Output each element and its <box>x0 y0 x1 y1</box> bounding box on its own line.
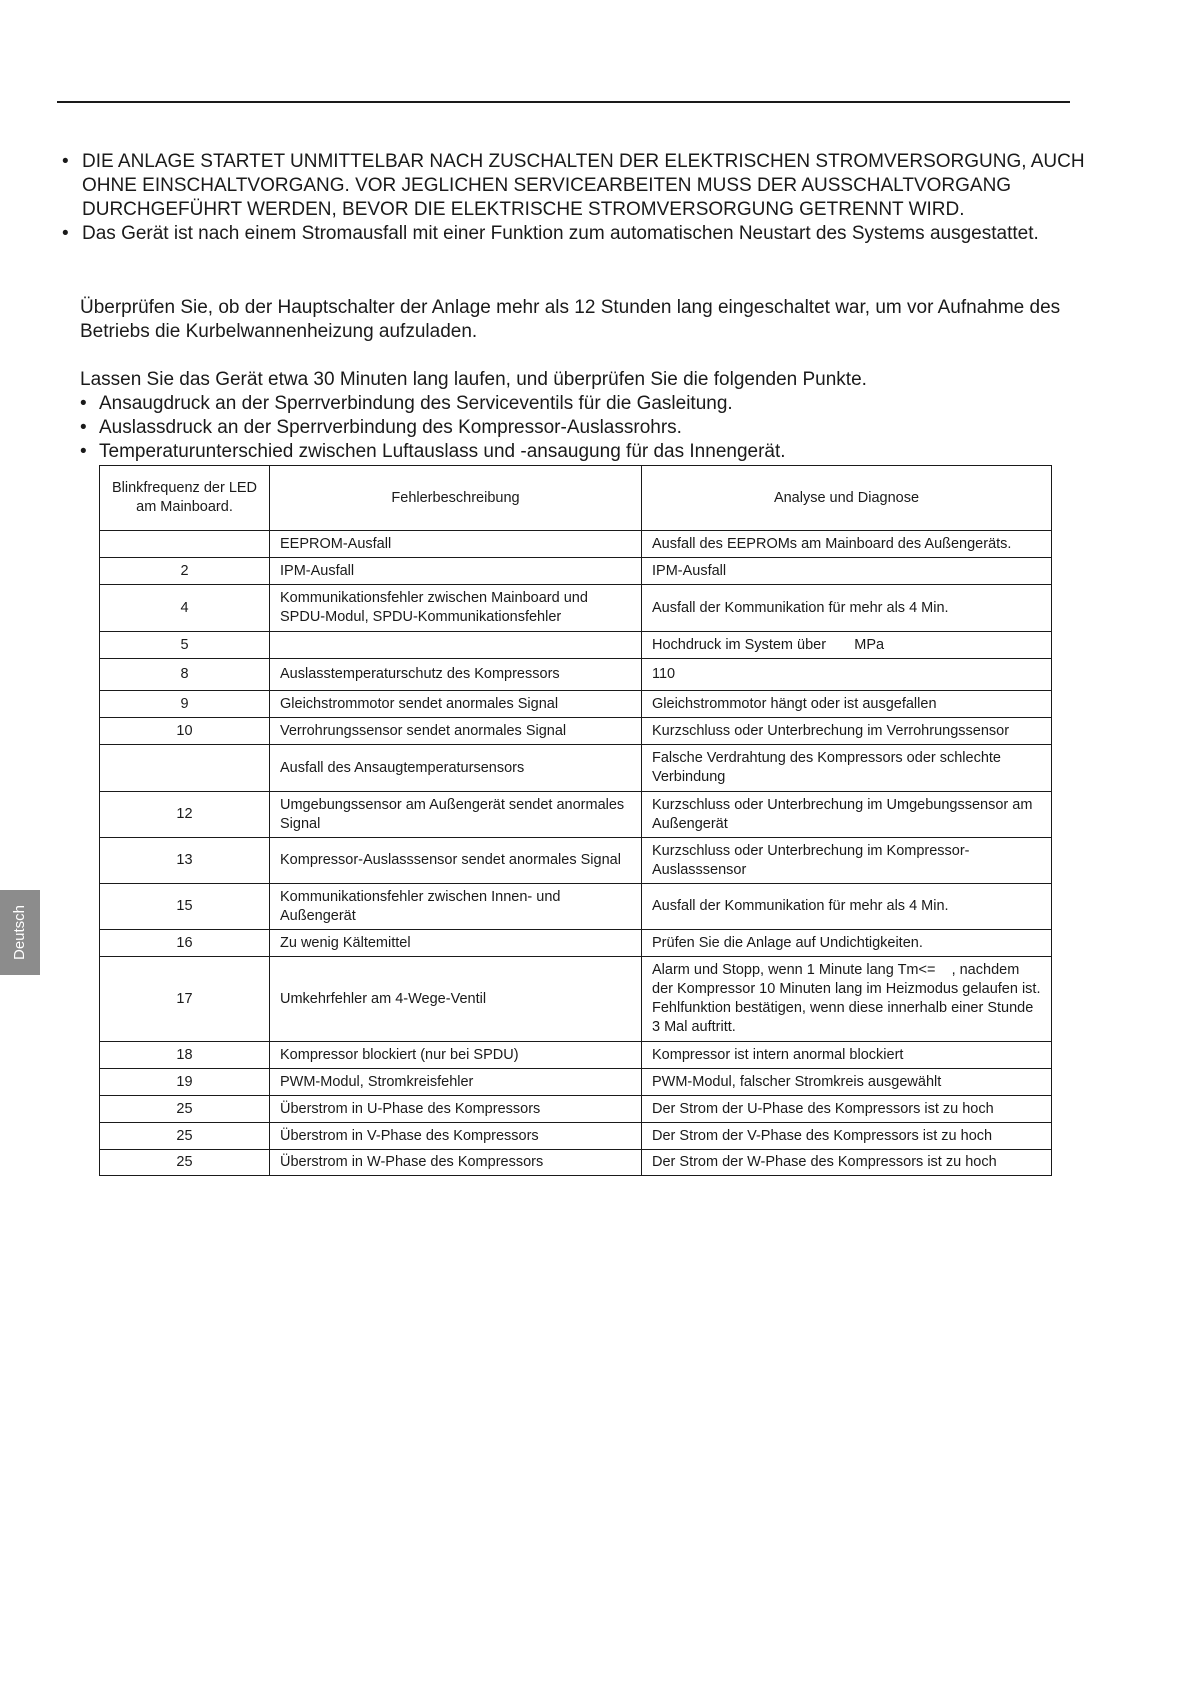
diagnosis-cell: Kurzschluss oder Unterbrechung im Kompre… <box>642 838 1052 884</box>
table-row: 19PWM-Modul, StromkreisfehlerPWM-Modul, … <box>100 1069 1052 1096</box>
blink-code-cell: 10 <box>100 718 270 745</box>
table-row: 25Überstrom in V-Phase des KompressorsDe… <box>100 1123 1052 1150</box>
header-rule <box>57 101 1070 103</box>
diagnosis-cell: Prüfen Sie die Anlage auf Undichtigkeite… <box>642 930 1052 957</box>
error-description-cell: Kommunikationsfehler zwischen Mainboard … <box>270 585 642 632</box>
table-row: 5Hochdruck im System über MPa <box>100 632 1052 659</box>
error-description-cell: PWM-Modul, Stromkreisfehler <box>270 1069 642 1096</box>
diagnosis-cell: PWM-Modul, falscher Stromkreis ausgewähl… <box>642 1069 1052 1096</box>
diagnosis-cell: Der Strom der W-Phase des Kompressors is… <box>642 1150 1052 1176</box>
error-description-cell: Ausfall des Ansaugtemperatursensors <box>270 745 642 792</box>
error-description-cell: Verrohrungssensor sendet anormales Signa… <box>270 718 642 745</box>
run-check-item: • Temperaturunterschied zwischen Luftaus… <box>80 440 1120 464</box>
language-side-tab: Deutsch <box>0 890 40 975</box>
table-row: 18Kompressor blockiert (nur bei SPDU)Kom… <box>100 1042 1052 1069</box>
table-row: 4Kommunikationsfehler zwischen Mainboard… <box>100 585 1052 632</box>
warning-text: DIE ANLAGE STARTET UNMITTELBAR NACH ZUSC… <box>82 151 1085 220</box>
run-check-section: Lassen Sie das Gerät etwa 30 Minuten lan… <box>80 368 1120 464</box>
table-row: 25Überstrom in U-Phase des KompressorsDe… <box>100 1096 1052 1123</box>
blink-code-cell: 25 <box>100 1096 270 1123</box>
table-header-row: Blinkfrequenz der LED am Mainboard. Fehl… <box>100 466 1052 531</box>
error-description-cell: Gleichstrommotor sendet anormales Signal <box>270 691 642 718</box>
error-description-cell: Auslasstemperaturschutz des Kompressors <box>270 659 642 691</box>
table-row: 17Umkehrfehler am 4-Wege-VentilAlarm und… <box>100 957 1052 1042</box>
diagnosis-cell: Alarm und Stopp, wenn 1 Minute lang Tm<=… <box>642 957 1052 1042</box>
run-check-text: Ansaugdruck an der Sperrverbindung des S… <box>99 393 733 414</box>
blink-code-cell: 16 <box>100 930 270 957</box>
bullet-icon: • <box>62 222 76 246</box>
run-check-text: Auslassdruck an der Sperrverbindung des … <box>99 417 682 438</box>
error-description-cell: Zu wenig Kältemittel <box>270 930 642 957</box>
run-check-intro: Lassen Sie das Gerät etwa 30 Minuten lan… <box>80 368 1120 392</box>
main-switch-check: Überprüfen Sie, ob der Hauptschalter der… <box>80 296 1120 344</box>
diagnosis-cell: Ausfall der Kommunikation für mehr als 4… <box>642 585 1052 632</box>
header-analysis: Analyse und Diagnose <box>642 466 1052 531</box>
run-check-item: • Ansaugdruck an der Sperrverbindung des… <box>80 392 1120 416</box>
blink-code-cell: 4 <box>100 585 270 632</box>
blink-code-cell: 25 <box>100 1150 270 1176</box>
table-row: 12Umgebungssensor am Außengerät sendet a… <box>100 792 1052 838</box>
error-description-cell: EEPROM-Ausfall <box>270 531 642 558</box>
blink-code-cell: 9 <box>100 691 270 718</box>
warning-item: • Das Gerät ist nach einem Stromausfall … <box>62 222 1122 246</box>
blink-code-cell: 15 <box>100 884 270 930</box>
diagnosis-cell: Kurzschluss oder Unterbrechung im Verroh… <box>642 718 1052 745</box>
blink-code-cell: 19 <box>100 1069 270 1096</box>
error-description-cell: Kompressor-Auslasssensor sendet anormale… <box>270 838 642 884</box>
diagnosis-cell: Hochdruck im System über MPa <box>642 632 1052 659</box>
error-description-cell <box>270 632 642 659</box>
error-description-cell: Kompressor blockiert (nur bei SPDU) <box>270 1042 642 1069</box>
blink-code-cell <box>100 745 270 792</box>
diagnosis-cell: 110 <box>642 659 1052 691</box>
blink-code-cell: 12 <box>100 792 270 838</box>
diagnosis-cell: Der Strom der U-Phase des Kompressors is… <box>642 1096 1052 1123</box>
table-row: EEPROM-AusfallAusfall des EEPROMs am Mai… <box>100 531 1052 558</box>
diagnosis-cell: Falsche Verdrahtung des Kompressors oder… <box>642 745 1052 792</box>
diagnosis-cell: Ausfall des EEPROMs am Mainboard des Auß… <box>642 531 1052 558</box>
table-row: 13Kompressor-Auslasssensor sendet anorma… <box>100 838 1052 884</box>
run-check-text: Temperaturunterschied zwischen Luftausla… <box>99 441 786 462</box>
error-description-cell: Umkehrfehler am 4-Wege-Ventil <box>270 957 642 1042</box>
error-description-cell: Überstrom in U-Phase des Kompressors <box>270 1096 642 1123</box>
blink-code-cell: 2 <box>100 558 270 585</box>
table-row: 15Kommunikationsfehler zwischen Innen- u… <box>100 884 1052 930</box>
table-row: 10Verrohrungssensor sendet anormales Sig… <box>100 718 1052 745</box>
error-description-cell: Kommunikationsfehler zwischen Innen- und… <box>270 884 642 930</box>
table-row: 2IPM-AusfallIPM-Ausfall <box>100 558 1052 585</box>
diagnosis-cell: IPM-Ausfall <box>642 558 1052 585</box>
table-row: 16Zu wenig KältemittelPrüfen Sie die Anl… <box>100 930 1052 957</box>
header-error-description: Fehlerbeschreibung <box>270 466 642 531</box>
language-label: Deutsch <box>12 905 29 960</box>
warning-item: • DIE ANLAGE STARTET UNMITTELBAR NACH ZU… <box>62 150 1122 222</box>
run-check-item: • Auslassdruck an der Sperrverbindung de… <box>80 416 1120 440</box>
warning-text: Das Gerät ist nach einem Stromausfall mi… <box>82 223 1039 244</box>
diagnosis-cell: Der Strom der V-Phase des Kompressors is… <box>642 1123 1052 1150</box>
diagnosis-cell: Kurzschluss oder Unterbrechung im Umgebu… <box>642 792 1052 838</box>
table-row: 8Auslasstemperaturschutz des Kompressors… <box>100 659 1052 691</box>
bullet-icon: • <box>80 392 94 416</box>
blink-code-cell: 25 <box>100 1123 270 1150</box>
table-row: 9Gleichstrommotor sendet anormales Signa… <box>100 691 1052 718</box>
error-description-cell: Überstrom in W-Phase des Kompressors <box>270 1150 642 1176</box>
header-blink-frequency: Blinkfrequenz der LED am Mainboard. <box>100 466 270 531</box>
error-description-cell: IPM-Ausfall <box>270 558 642 585</box>
bullet-icon: • <box>62 150 76 174</box>
blink-code-cell <box>100 531 270 558</box>
table-row: Ausfall des AnsaugtemperatursensorsFalsc… <box>100 745 1052 792</box>
blink-code-cell: 18 <box>100 1042 270 1069</box>
blink-code-cell: 13 <box>100 838 270 884</box>
error-description-cell: Überstrom in V-Phase des Kompressors <box>270 1123 642 1150</box>
error-code-table: Blinkfrequenz der LED am Mainboard. Fehl… <box>99 465 1052 1176</box>
diagnosis-cell: Gleichstrommotor hängt oder ist ausgefal… <box>642 691 1052 718</box>
blink-code-cell: 5 <box>100 632 270 659</box>
bullet-icon: • <box>80 416 94 440</box>
table-row: 25Überstrom in W-Phase des KompressorsDe… <box>100 1150 1052 1176</box>
error-description-cell: Umgebungssensor am Außengerät sendet ano… <box>270 792 642 838</box>
blink-code-cell: 8 <box>100 659 270 691</box>
diagnosis-cell: Kompressor ist intern anormal blockiert <box>642 1042 1052 1069</box>
diagnosis-cell: Ausfall der Kommunikation für mehr als 4… <box>642 884 1052 930</box>
warning-list: • DIE ANLAGE STARTET UNMITTELBAR NACH ZU… <box>62 150 1122 246</box>
blink-code-cell: 17 <box>100 957 270 1042</box>
bullet-icon: • <box>80 440 94 464</box>
